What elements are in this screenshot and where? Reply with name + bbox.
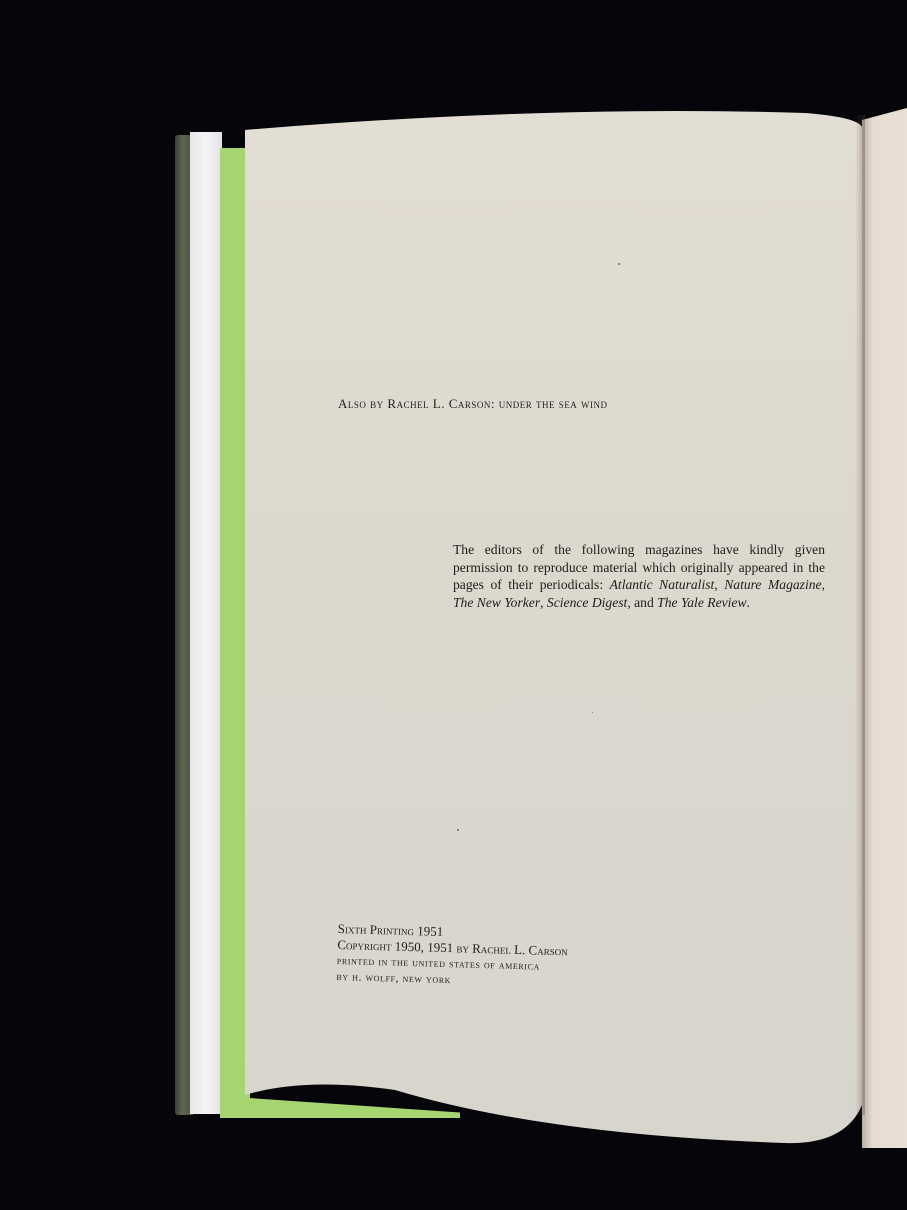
period: . [747,595,750,610]
facing-page [862,108,907,1148]
separator: , [714,577,724,592]
book-photo: Also by Rachel L. Carson: under the sea … [0,0,907,1210]
magazine-title: Atlantic Naturalist [610,577,715,592]
gutter-shadow [855,115,865,1115]
also-by-line: Also by Rachel L. Carson: under the sea … [338,396,608,412]
separator: , [540,595,547,610]
paper-speck [618,263,620,265]
green-endpaper-bottom [220,1096,460,1118]
magazine-title: Science Digest [547,595,627,610]
separator: , [822,577,825,592]
separator: , and [627,595,657,610]
dust-jacket-edge [190,132,222,1114]
magazine-title: Nature Magazine [724,577,821,592]
paper-speck [592,712,593,713]
paper-speck [457,829,459,831]
magazine-title: The New Yorker [453,595,540,610]
permissions-paragraph: The editors of the following magazines h… [453,541,825,611]
imprint-block: Sixth Printing 1951 Copyright 1950, 1951… [336,921,568,991]
magazine-title: The Yale Review [657,595,746,610]
